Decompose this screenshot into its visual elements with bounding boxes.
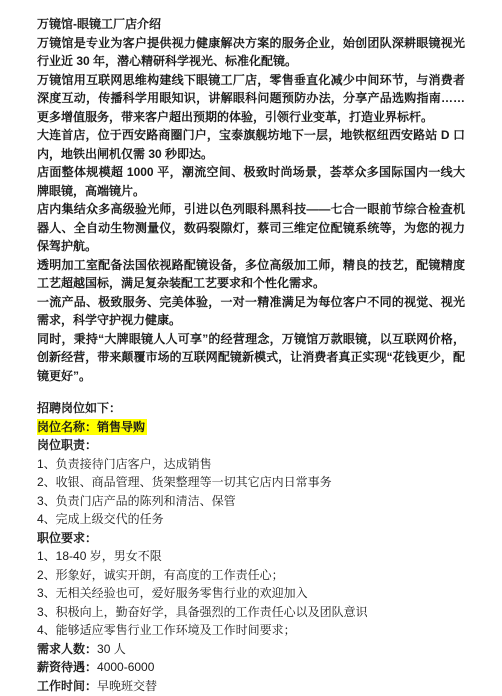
work-hours-label: 工作时间： (37, 679, 97, 693)
duty-item-3: 3、负责门店产品的陈列和清洁、保管 (37, 492, 465, 511)
requirement-item-3: 3、无相关经验也可，爱好服务零售行业的欢迎加入 (37, 584, 465, 603)
intro-paragraph-service: 一流产品、极致服务、完美体验，一对一精准满足为每位客户不同的视觉、视光需求，科学… (37, 293, 465, 330)
work-hours-value: 早晚班交替 (97, 679, 157, 693)
document-page: 万镜馆-眼镜工厂店介绍 万镜馆是专业为客户提供视力健康解决方案的服务企业，始创团… (0, 0, 502, 696)
duty-item-4: 4、完成上级交代的任务 (37, 510, 465, 529)
salary-value: 4000-6000 (97, 660, 154, 674)
detail-row-work-hours: 工作时间：早晚班交替 (37, 677, 465, 696)
requirement-item-2: 2、形象好，诚实开朗，有高度的工作责任心； (37, 566, 465, 585)
requirements-heading: 职位要求： (37, 529, 465, 548)
intro-paragraph-dalian-store: 大连首店，位于西安路商圈门户，宝泰旗舰坊地下一层，地铁枢纽西安路站 D 口内，地… (37, 126, 465, 163)
intro-paragraph-philosophy: 同时，秉持“大牌眼镜人人可享”的经营理念，万镜馆万款眼镜，以互联网价格，创新经营… (37, 330, 465, 386)
detail-row-headcount: 需求人数：30 人 (37, 640, 465, 659)
duty-item-2: 2、收银、商品管理、货架整理等一切其它店内日常事务 (37, 473, 465, 492)
requirement-item-1: 1、18-40 岁，男女不限 (37, 547, 465, 566)
position-name-line: 岗位名称：销售导购 (37, 418, 465, 437)
document-title: 万镜馆-眼镜工厂店介绍 (37, 15, 465, 34)
detail-row-salary: 薪资待遇：4000-6000 (37, 658, 465, 677)
intro-paragraph-store-scale: 店面整体规模超 1000 平，潮流空间、极致时尚场景，荟萃众多国际国内一线大牌眼… (37, 163, 465, 200)
intro-paragraph-equipment: 店内集结众多高级验光师，引进以色列眼科黑科技——七合一眼前节综合检查机器人、全自… (37, 200, 465, 256)
position-name-highlight: 岗位名称：销售导购 (37, 419, 147, 435)
duty-item-1: 1、负责接待门店客户，达成销售 (37, 455, 465, 474)
requirement-item-4: 3、积极向上，勤奋好学，具备强烈的工作责任心以及团队意识 (37, 603, 465, 622)
salary-label: 薪资待遇： (37, 660, 97, 674)
recruit-heading: 招聘岗位如下： (37, 399, 465, 418)
headcount-label: 需求人数： (37, 642, 97, 656)
intro-paragraph-internet-model: 万镜馆用互联网思维构建线下眼镜工厂店，零售垂直化减少中间环节，与消费者深度互动，… (37, 71, 465, 127)
intro-paragraph-company: 万镜馆是专业为客户提供视力健康解决方案的服务企业，始创团队深耕眼镜视光行业近 3… (37, 34, 465, 71)
intro-paragraph-workshop: 透明加工室配备法国依视路配镜设备，多位高级加工师，精良的技艺，配镜精度工艺超越国… (37, 256, 465, 293)
recruit-section: 招聘岗位如下： 岗位名称：销售导购 岗位职责： 1、负责接待门店客户，达成销售 … (37, 399, 465, 695)
requirement-item-5: 4、能够适应零售行业工作环境及工作时间要求； (37, 621, 465, 640)
headcount-value: 30 人 (97, 642, 126, 656)
duties-heading: 岗位职责： (37, 436, 465, 455)
